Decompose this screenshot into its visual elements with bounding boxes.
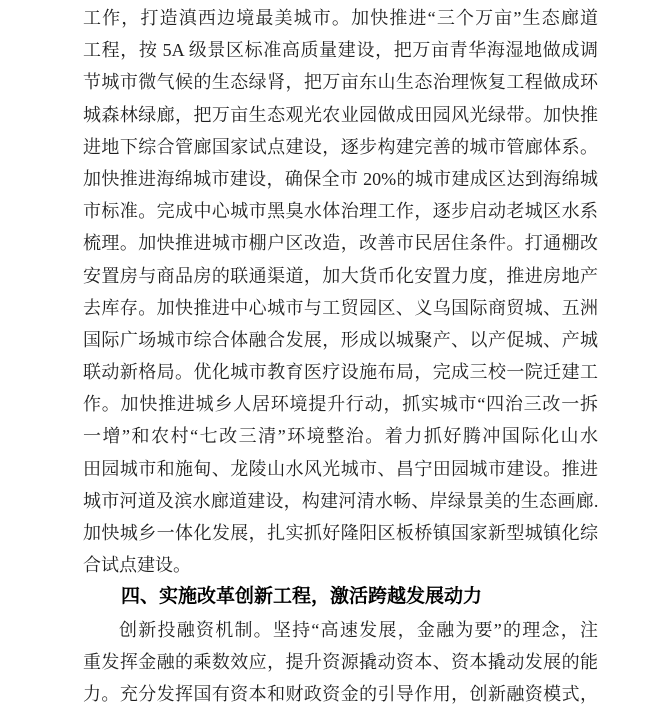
text-line: 市标准。完成中心城市黑臭水体治理工作，逐步启动老城区水系 <box>83 195 598 227</box>
document-page: 工作，打造滇西边境最美城市。加快推进“三个万亩”生态廊道工程，按 5A 级景区标… <box>0 0 646 712</box>
text-line: 节城市微气候的生态绿肾，把万亩东山生态治理恢复工程做成环 <box>83 66 598 98</box>
text-line: 加快推进海绵城市建设，确保全市 20%的城市建成区达到海绵城 <box>83 163 598 195</box>
document-body: 工作，打造滇西边境最美城市。加快推进“三个万亩”生态廊道工程，按 5A 级景区标… <box>83 2 598 710</box>
text-line: 城森林绿廊，把万亩生态观光农业园做成田园风光绿带。加快推 <box>83 99 598 131</box>
paragraph-start-line: 创新投融资机制。坚持“高速发展，金融为要”的理念，注 <box>83 614 598 646</box>
text-line: 重发挥金融的乘数效应，提升资源撬动资本、资本撬动发展的能 <box>83 646 598 678</box>
text-line: 梳理。加快推进城市棚户区改造，改善市民居住条件。打通棚改 <box>83 227 598 259</box>
text-line: 国际广场城市综合体融合发展，形成以城聚产、以产促城、产城 <box>83 324 598 356</box>
text-line: 一增”和农村“七改三清”环境整治。着力抓好腾冲国际化山水 <box>83 420 598 452</box>
text-line: 作。加快推进城乡人居环境提升行动，抓实城市“四治三改一拆 <box>83 388 598 420</box>
text-line: 田园城市和施甸、龙陵山水风光城市、昌宁田园城市建设。推进 <box>83 453 598 485</box>
text-line: 力。充分发挥国有资本和财政资金的引导作用，创新融资模式， <box>83 678 598 710</box>
paragraph-end-line: 合试点建设。 <box>83 549 598 581</box>
text-line: 城市河道及滨水廊道建设，构建河清水畅、岸绿景美的生态画廊. <box>83 485 598 517</box>
text-line: 联动新格局。优化城市教育医疗设施布局，完成三校一院迁建工 <box>83 356 598 388</box>
text-line: 安置房与商品房的联通渠道，加大货币化安置力度，推进房地产 <box>83 260 598 292</box>
text-line: 工程，按 5A 级景区标准高质量建设，把万亩青华海湿地做成调 <box>83 34 598 66</box>
text-line: 进地下综合管廊国家试点建设，逐步构建完善的城市管廊体系。 <box>83 131 598 163</box>
text-line: 加快城乡一体化发展，扎实抓好隆阳区板桥镇国家新型城镇化综 <box>83 517 598 549</box>
text-line: 去库存。加快推进中心城市与工贸园区、义乌国际商贸城、五洲 <box>83 292 598 324</box>
section-heading: 四、实施改革创新工程，激活跨越发展动力 <box>83 581 598 613</box>
text-line: 工作，打造滇西边境最美城市。加快推进“三个万亩”生态廊道 <box>83 2 598 34</box>
